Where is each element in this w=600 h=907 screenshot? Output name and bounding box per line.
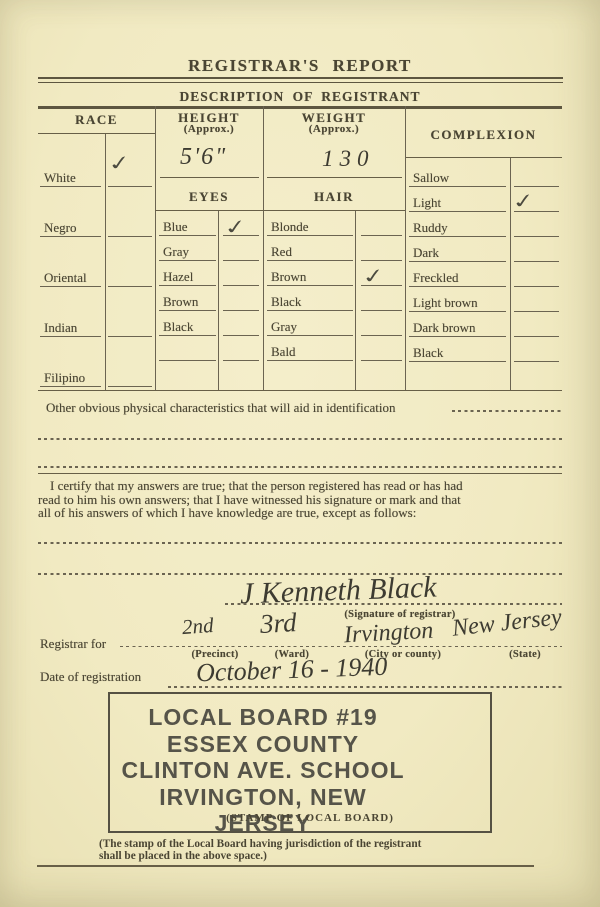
hair-option-red: Red <box>267 244 353 261</box>
height-approx-label: (Approx.) <box>155 123 263 135</box>
hair-bald-check-line <box>361 344 402 361</box>
registrar-for-label: Registrar for <box>40 636 106 652</box>
eyes-option-blank <box>159 344 216 361</box>
race-option-white: White <box>40 170 101 187</box>
stamp-line-3: CLINTON AVE. SCHOOL <box>118 757 408 784</box>
complexion-option-light-brown: Light brown <box>409 295 506 312</box>
registrar-write-line <box>120 646 562 648</box>
complexion-option-dark: Dark <box>409 245 506 262</box>
complexion-check-divider <box>510 157 511 390</box>
eyes-option-gray: Gray <box>159 244 216 261</box>
local-board-stamp-box: LOCAL BOARD #19 ESSEX COUNTY CLINTON AVE… <box>108 692 492 833</box>
write-line <box>38 542 562 544</box>
other-characteristics-write-line <box>452 410 562 412</box>
footnote-line-2: shall be placed in the above space.) <box>99 851 519 863</box>
eyes-option-brown: Brown <box>159 294 216 311</box>
complexion-header-rule <box>406 157 562 158</box>
hair-black-check-line <box>361 294 402 311</box>
complexion-dark-brown-check-line <box>514 320 559 337</box>
eyes-check-divider <box>218 210 219 390</box>
city-value: Irvington <box>343 618 434 650</box>
complexion-black-check-line <box>514 345 559 362</box>
hair-option-gray: Gray <box>267 319 353 336</box>
table-top-rule <box>38 106 562 109</box>
height-write-line <box>160 177 259 178</box>
hair-header-rule <box>263 210 405 211</box>
eyes-option-blue: Blue <box>159 219 216 236</box>
race-height-divider <box>155 106 156 390</box>
bottom-rule <box>37 865 534 867</box>
race-header-rule <box>38 133 105 134</box>
precinct-value: 2nd <box>181 613 214 640</box>
registrar-report-page: REGISTRAR'S REPORT DESCRIPTION OF REGIST… <box>0 0 600 907</box>
registration-date-label: Date of registration <box>40 669 141 685</box>
hair-option-brown: Brown <box>267 269 353 286</box>
weight-value: 130 <box>322 146 375 172</box>
certification-line-3: all of his answers of which I have knowl… <box>38 505 570 521</box>
write-line <box>38 466 562 468</box>
race-filipino-check-line <box>108 370 152 387</box>
hair-column-header: HAIR <box>263 189 405 205</box>
eyes-brown-check-line <box>223 294 259 311</box>
write-line <box>38 438 562 440</box>
race-option-oriental: Oriental <box>40 270 101 287</box>
race-negro-check-line <box>108 220 152 237</box>
state-caption: (State) <box>485 649 565 660</box>
hair-blonde-check-line <box>361 219 402 236</box>
eyes-black-check-line <box>223 319 259 336</box>
complexion-option-dark-brown: Dark brown <box>409 320 506 337</box>
hair-gray-check-line <box>361 319 402 336</box>
eyes-blue-checkmark: ✓ <box>222 215 249 240</box>
section-rule <box>38 473 562 475</box>
ward-value: 3rd <box>259 607 297 640</box>
eyes-blank-check-line <box>223 344 259 361</box>
height-weight-divider <box>263 106 264 390</box>
eyes-option-hazel: Hazel <box>159 269 216 286</box>
weight-approx-label: (Approx.) <box>263 123 405 135</box>
race-indian-check-line <box>108 320 152 337</box>
race-check-divider <box>105 134 106 390</box>
race-option-indian: Indian <box>40 320 101 337</box>
eyes-header-rule <box>155 210 263 211</box>
page-title: REGISTRAR'S REPORT <box>0 56 600 76</box>
weight-complexion-divider <box>405 106 406 390</box>
complexion-sallow-check-line <box>514 170 559 187</box>
complexion-light-brown-check-line <box>514 295 559 312</box>
complexion-column-header: COMPLEXION <box>405 127 562 143</box>
complexion-option-freckled: Freckled <box>409 270 506 287</box>
table-bottom-rule <box>38 390 562 391</box>
eyes-option-black: Black <box>159 319 216 336</box>
race-header-rule2 <box>105 133 155 134</box>
section-title: DESCRIPTION OF REGISTRANT <box>0 89 600 105</box>
stamp-line-4: IRVINGTON, NEW JERSEY <box>118 784 408 837</box>
eyes-hazel-check-line <box>223 269 259 286</box>
race-oriental-check-line <box>108 270 152 287</box>
weight-write-line <box>267 177 402 178</box>
registrar-signature: J Kenneth Black <box>239 571 437 612</box>
hair-option-bald: Bald <box>267 344 353 361</box>
race-option-filipino: Filipino <box>40 370 101 387</box>
complexion-ruddy-check-line <box>514 220 559 237</box>
hair-red-check-line <box>361 244 402 261</box>
eyes-column-header: EYES <box>155 189 263 205</box>
complexion-option-sallow: Sallow <box>409 170 506 187</box>
race-column-header: RACE <box>38 112 155 128</box>
stamp-line-1: LOCAL BOARD #19 <box>118 704 408 731</box>
eyes-gray-check-line <box>223 244 259 261</box>
registration-date-value: October 16 - 1940 <box>196 652 388 689</box>
race-option-negro: Negro <box>40 220 101 237</box>
stamp-line-2: ESSEX COUNTY <box>118 731 408 758</box>
complexion-dark-check-line <box>514 245 559 262</box>
double-rule <box>38 77 563 83</box>
hair-option-black: Black <box>267 294 353 311</box>
other-characteristics-label: Other obvious physical characteristics t… <box>46 400 395 416</box>
hair-option-blonde: Blonde <box>267 219 353 236</box>
hair-check-divider <box>355 210 356 390</box>
stamp-caption: (STAMP OF LOCAL BOARD) <box>140 812 480 824</box>
complexion-option-light: Light <box>409 195 506 212</box>
height-value: 5'6" <box>180 144 227 171</box>
signature-line <box>225 603 562 605</box>
complexion-freckled-check-line <box>514 270 559 287</box>
complexion-option-black: Black <box>409 345 506 362</box>
complexion-option-ruddy: Ruddy <box>409 220 506 237</box>
